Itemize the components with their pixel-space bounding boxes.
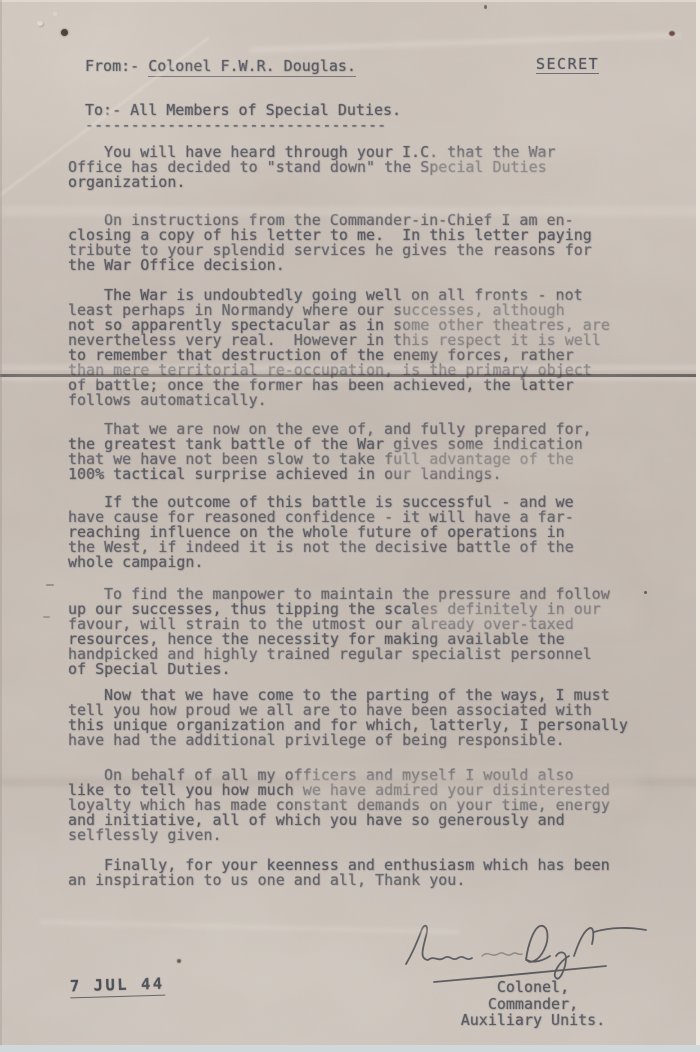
- text-line: selflessly given.: [68, 828, 700, 843]
- paragraph: To find the manpower to maintain the pre…: [68, 587, 700, 677]
- stain-speck: [177, 959, 181, 963]
- paragraph: Now that we have come to the parting of …: [68, 688, 700, 748]
- text-line: nevertheless very real. However in this …: [68, 333, 700, 348]
- text-line: of Special Duties.: [68, 662, 700, 677]
- text-line: organization.: [68, 175, 700, 190]
- text-line: 100% tactical surprise achieved in our l…: [68, 467, 700, 482]
- text-line: the War Office decision.: [68, 258, 700, 273]
- letter-content: From:- Colonel F.W.R. Douglas.SECRET To:…: [0, 0, 700, 888]
- text-line: follows automatically.: [68, 393, 700, 408]
- signature-role: Commander,: [433, 996, 633, 1013]
- paragraph: On instructions from the Commander-in-Ch…: [68, 213, 700, 273]
- signature-unit: Auxiliary Units.: [433, 1012, 633, 1029]
- text-line: least perhaps in Normandy where our succ…: [68, 303, 700, 318]
- stain-speck: [484, 5, 487, 9]
- text-line: favour, will strain to the utmost our al…: [68, 617, 700, 632]
- text-line: handpicked and highly trained regular sp…: [68, 647, 700, 662]
- paragraph: The War is undoubtedly going well on all…: [68, 288, 700, 408]
- pencil-mark: [46, 584, 54, 586]
- scan-edge-right: [696, 0, 700, 1052]
- pin-hole: [61, 29, 68, 36]
- scan-edge-top: [0, 0, 700, 2]
- paper-dent: [53, 12, 57, 16]
- separator-dashes: ---------------------------------: [85, 118, 700, 133]
- signature-rank: Colonel,: [433, 979, 633, 996]
- scanned-letter-page: From:- Colonel F.W.R. Douglas.SECRET To:…: [0, 0, 700, 1052]
- text-line: That we are now on the eve of, and fully…: [68, 422, 700, 437]
- scan-edge-bottom: [0, 1045, 700, 1052]
- letter-body: You will have heard through your I.C. th…: [68, 145, 700, 888]
- fold-crease-line: [0, 374, 700, 377]
- signature-block: Colonel, Commander, Auxiliary Units.: [433, 979, 633, 1029]
- paper-dent: [37, 21, 43, 26]
- text-line: that we have not been slow to take full …: [68, 452, 700, 467]
- text-line: tribute to your splendid services he giv…: [68, 243, 700, 258]
- crease-lower: [0, 778, 700, 786]
- scan-edge-left: [0, 0, 2, 1052]
- classification-badge: SECRET: [536, 57, 599, 74]
- from-label: From:-: [85, 57, 148, 75]
- pencil-mark: [43, 616, 50, 618]
- paragraph: Finally, for your keenness and enthusias…: [68, 858, 700, 888]
- text-line: loyalty which has made constant demands …: [68, 798, 700, 813]
- stain-speck: [644, 591, 647, 594]
- text-line: tell you how proud we all are to have be…: [68, 703, 700, 718]
- fold-crease-highlight: [0, 365, 700, 373]
- text-line: whole campaign.: [68, 555, 700, 570]
- paragraph: That we are now on the eve of, and fully…: [68, 422, 700, 482]
- crease-bottom: [40, 920, 460, 934]
- text-line: an inspiration to us one and all, Thank …: [68, 873, 700, 888]
- text-line: Office has decided to "stand down" the S…: [68, 160, 700, 175]
- text-line: the West, if indeed it is not the decisi…: [68, 540, 700, 555]
- paragraph: You will have heard through your I.C. th…: [68, 145, 700, 190]
- text-line: To find the manpower to maintain the pre…: [68, 587, 700, 602]
- text-line: have had the additional privilege of bei…: [68, 733, 700, 748]
- crease-upper: [0, 206, 700, 216]
- text-line: have cause for reasoned confidence - it …: [68, 510, 700, 525]
- paragraph: If the outcome of this battle is success…: [68, 495, 700, 570]
- stain-speck: [669, 31, 675, 36]
- date-stamp: 7 JUL 44: [70, 975, 165, 999]
